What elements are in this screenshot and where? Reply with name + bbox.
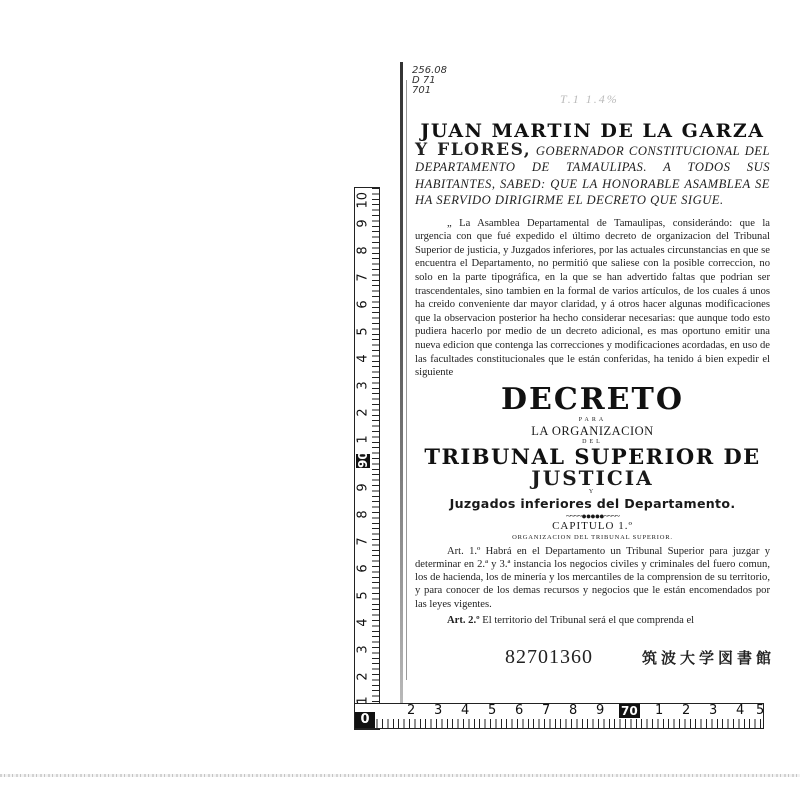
heading-name-continued: Y FLORES, xyxy=(415,140,531,160)
page-edge-inner xyxy=(406,80,407,680)
ruler-label: 10 xyxy=(356,195,371,209)
article-label: Art. 2.º xyxy=(447,615,480,626)
ruler-label: 5 xyxy=(356,325,371,339)
tribunal-title: TRIBUNAL SUPERIOR DE xyxy=(415,446,770,468)
article-label: Art. 1.º xyxy=(447,546,480,557)
decree-title: DECRETO xyxy=(415,384,770,416)
ruler-label: 1 xyxy=(655,704,663,718)
article-1: Art. 1.º Habrá en el Departamento un Tri… xyxy=(415,545,770,611)
article-text: El territorio del Tribunal será el que c… xyxy=(480,615,694,626)
justicia-title: JUSTICIA xyxy=(415,468,770,488)
ruler-label: 6 xyxy=(356,562,371,576)
ornament-divider: ~~~~●●●●●~~~~ xyxy=(415,512,770,520)
ruler-label: 4 xyxy=(461,704,469,718)
heading-proclamation: Y FLORES, GOBERNADOR CONSTITUCIONAL DEL … xyxy=(415,142,770,209)
library-stamp: 82701360 筑波大学図書館 xyxy=(505,646,775,669)
ruler-label: 5 xyxy=(488,704,496,718)
call-number-line: 701 xyxy=(412,86,447,96)
ruler-label: 3 xyxy=(356,643,371,657)
ruler-label: 8 xyxy=(569,704,577,718)
juzgados-title: Juzgados inferiores del Departamento. xyxy=(415,496,770,512)
library-name: 筑波大学図書館 xyxy=(642,647,775,668)
ruler-label: 9 xyxy=(356,481,371,495)
para-label: PARA xyxy=(415,416,770,424)
ruler-label: 2 xyxy=(682,704,690,718)
article-2: Art. 2.º El territorio del Tribunal será… xyxy=(415,614,770,627)
ruler-label: 3 xyxy=(356,379,371,393)
ruler-ticks xyxy=(355,719,763,728)
ruler-label: 8 xyxy=(356,244,371,258)
document-page: JUAN MARTIN DE LA GARZA Y FLORES, GOBERN… xyxy=(415,120,770,627)
preamble-paragraph: „ La Asamblea Departamental de Tamaulipa… xyxy=(415,217,770,380)
organizacion-label: LA ORGANIZACION xyxy=(415,424,770,438)
ruler-label: 4 xyxy=(736,704,744,718)
decree-title-block: DECRETO PARA LA ORGANIZACION DEL TRIBUNA… xyxy=(415,384,770,542)
ruler-label: 7 xyxy=(542,704,550,718)
ruler-label-boxed: 90 xyxy=(356,454,370,468)
heading-governor-name: JUAN MARTIN DE LA GARZA xyxy=(415,120,770,142)
call-number: 256.08 D 71 701 xyxy=(412,66,447,96)
chapter-heading: CAPITULO 1.º xyxy=(415,520,770,533)
horizontal-scale-ruler: 0 2 3 4 5 6 7 8 9 70 1 2 3 4 5 xyxy=(354,703,764,729)
ruler-label: 6 xyxy=(356,298,371,312)
ruler-label: 2 xyxy=(356,406,371,420)
faint-stamp: T.1 1.4% xyxy=(560,92,619,107)
ruler-label: 1 xyxy=(356,433,371,447)
ruler-label: 4 xyxy=(356,352,371,366)
ruler-label: 2 xyxy=(407,704,415,718)
chapter-subheading: ORGANIZACION DEL TRIBUNAL SUPERIOR. xyxy=(415,533,770,542)
ruler-label: 2 xyxy=(356,670,371,684)
ruler-label: 3 xyxy=(434,704,442,718)
scan-artifact-line xyxy=(0,774,800,777)
ruler-label: 7 xyxy=(356,535,371,549)
ruler-label: 9 xyxy=(356,217,371,231)
ruler-label: 5 xyxy=(356,589,371,603)
ruler-label: 9 xyxy=(596,704,604,718)
ruler-label: 7 xyxy=(356,271,371,285)
ruler-label: 3 xyxy=(709,704,717,718)
ruler-label-boxed: 70 xyxy=(619,704,640,718)
ruler-origin: 0 xyxy=(355,712,375,728)
y-label: Y xyxy=(415,488,770,496)
vertical-scale-ruler: 10 9 8 7 6 5 4 3 2 1 90 9 8 7 6 5 4 3 2 … xyxy=(354,187,380,730)
page-edge xyxy=(400,62,403,712)
ruler-label: 4 xyxy=(356,616,371,630)
ruler-label: 5 xyxy=(756,704,764,718)
ruler-label: 6 xyxy=(515,704,523,718)
library-barcode-number: 82701360 xyxy=(505,646,593,669)
ruler-ticks xyxy=(369,188,379,729)
ruler-label: 8 xyxy=(356,508,371,522)
